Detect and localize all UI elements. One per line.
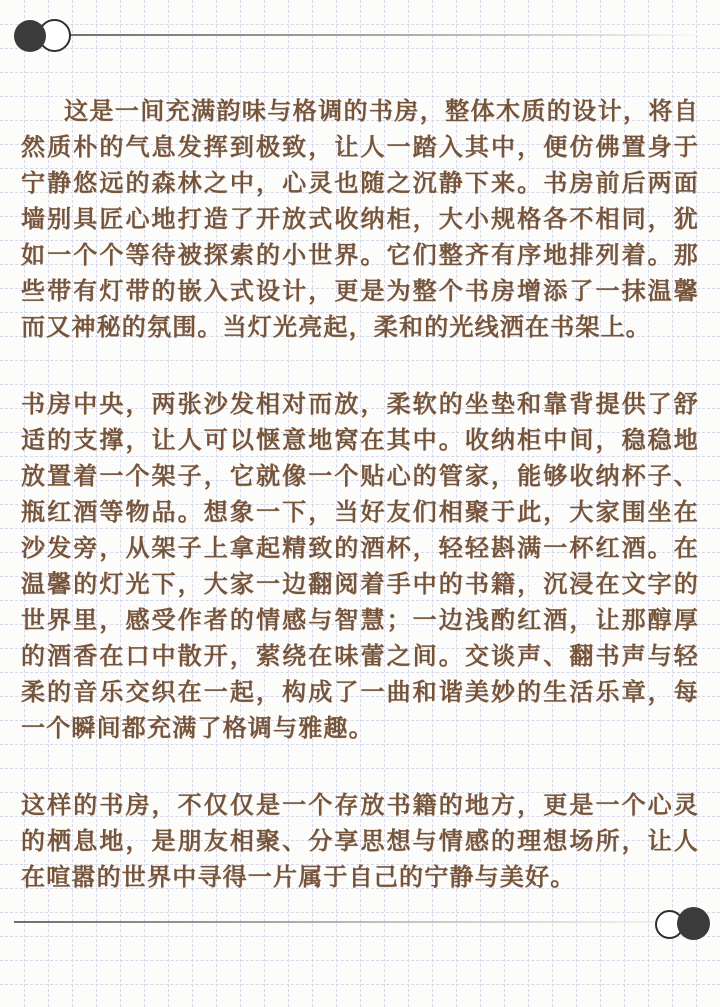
article-body: 这是一间充满韵味与格调的书房，整体木质的设计，将自然质朴的气息发挥到极致，让人一… (21, 93, 699, 895)
filled-circle-icon (14, 20, 46, 52)
paragraph-study-room-intro: 这是一间充满韵味与格调的书房，整体木质的设计，将自然质朴的气息发挥到极致，让人一… (21, 93, 699, 345)
paragraph-closing-thought: 这样的书房，不仅仅是一个存放书籍的地方，更是一个心灵的栖息地，是朋友相聚、分享思… (21, 787, 699, 895)
filled-circle-icon (677, 907, 710, 940)
top-divider-line (66, 34, 720, 36)
text-card-page: 这是一间充满韵味与格调的书房，整体木质的设计，将自然质朴的气息发挥到极致，让人一… (0, 0, 720, 1007)
paragraph-sofa-and-wine: 书房中央，两张沙发相对而放，柔软的坐垫和靠背提供了舒适的支撑，让人可以惬意地窝在… (21, 386, 699, 746)
bottom-divider-line (14, 921, 660, 923)
